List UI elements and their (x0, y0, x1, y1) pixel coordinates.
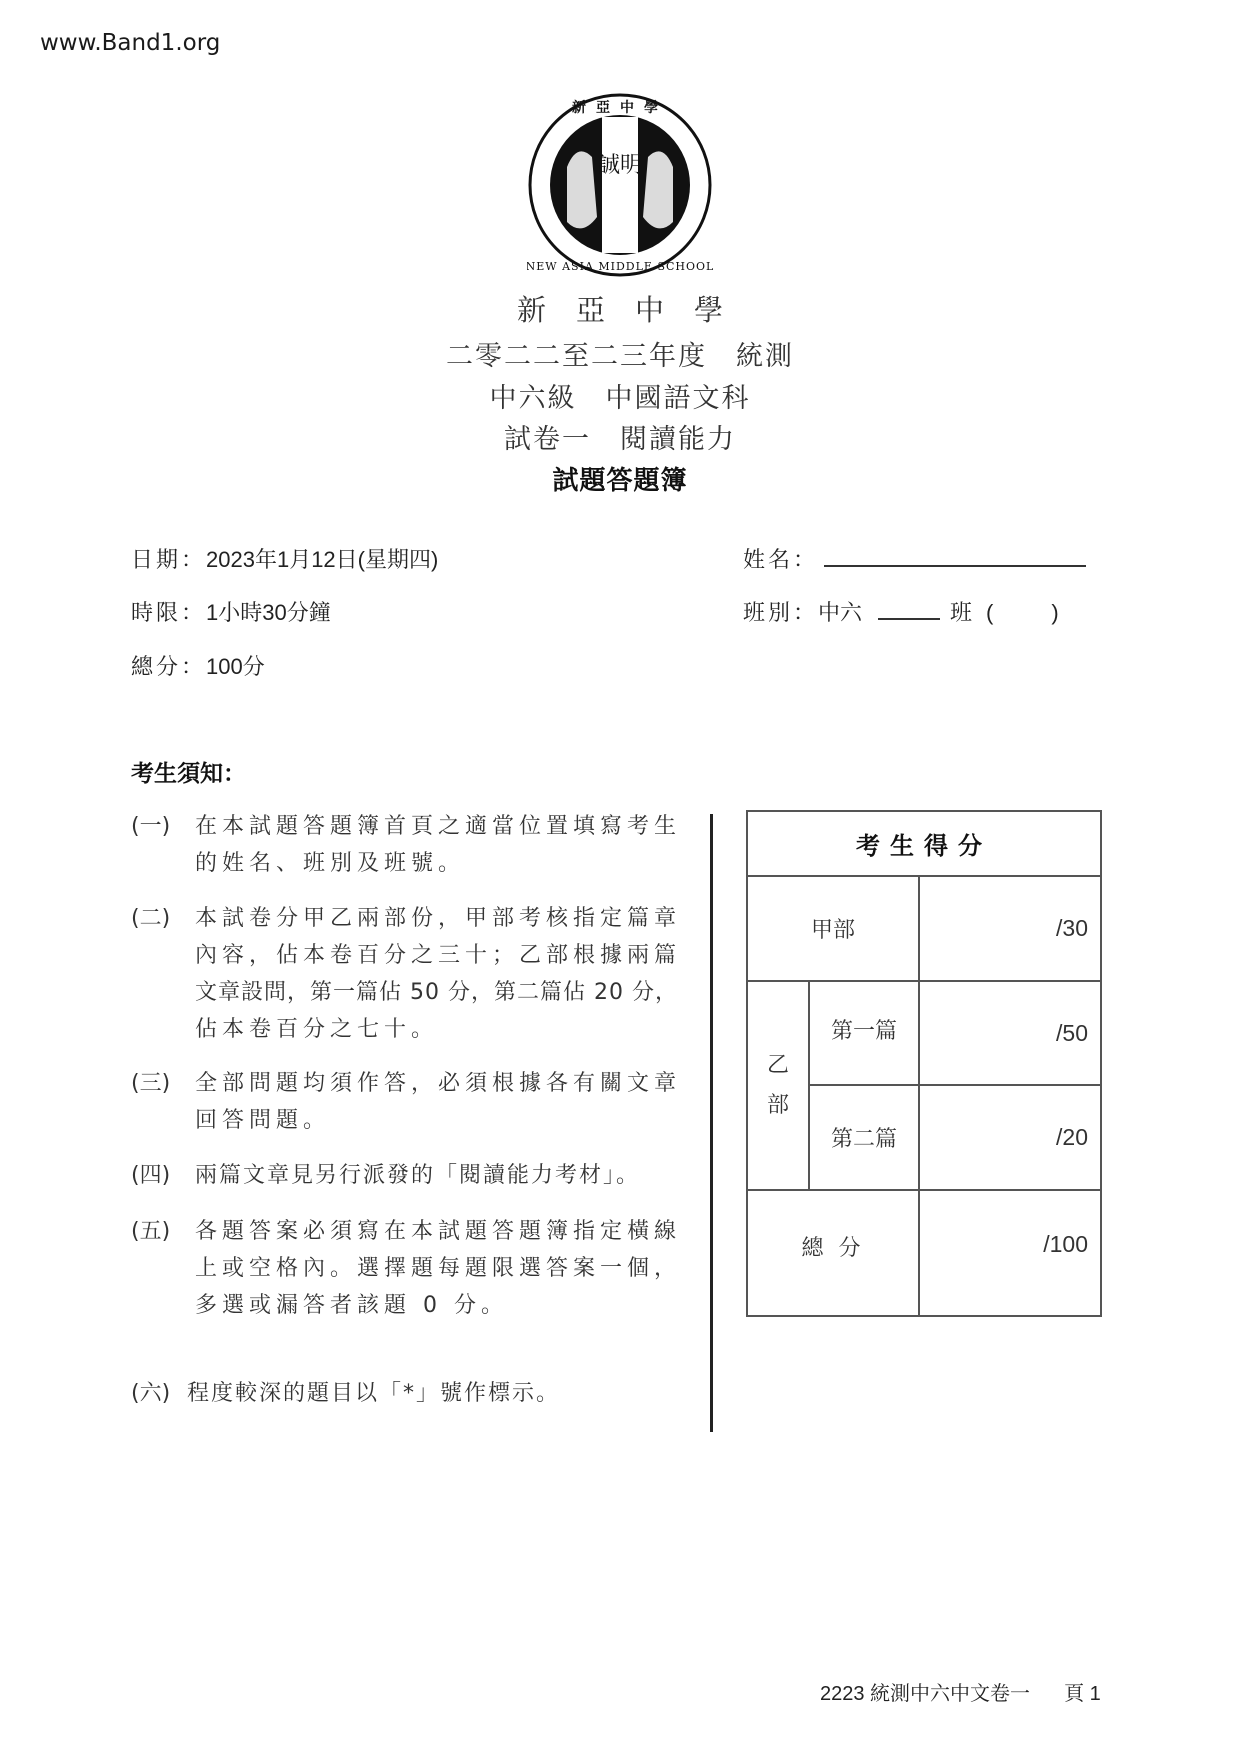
time-limit-field: 時限：1小時30分鐘 (131, 596, 331, 627)
notes-title: 考生須知： (131, 755, 246, 788)
svg-text:新亞中學: 新亞中學 (572, 99, 668, 116)
name-blank[interactable] (824, 545, 1086, 567)
total-label: 總 分 (747, 1190, 919, 1316)
exam-year: 二零二二至二三年度 統測 (0, 334, 1240, 373)
paper-name: 試卷一 閱讀能力 (0, 417, 1240, 456)
vertical-divider (710, 814, 713, 1432)
svg-text:NEW ASIA MIDDLE SCHOOL: NEW ASIA MIDDLE SCHOOL (527, 260, 713, 273)
score-table: 考生得分 甲部 /30 乙 部 第一篇 /50 第二篇 /20 總 分 /100 (746, 810, 1102, 1317)
section-a-score[interactable]: /30 (919, 876, 1101, 981)
footer-code: 2223 統測中六中文卷一 (820, 1683, 1030, 1705)
section-b-part1-score[interactable]: /50 (919, 981, 1101, 1085)
name-field: 姓名： (743, 543, 1086, 574)
page-footer: 2223 統測中六中文卷一頁 1 (820, 1677, 1101, 1706)
level-subject: 中六級 中國語文科 (0, 376, 1240, 415)
section-a-label: 甲部 (747, 876, 919, 981)
class-field: 班別：中六班() (743, 596, 1059, 627)
date-field: 日期：2023年1月12日(星期四) (131, 543, 438, 574)
score-table-header: 考生得分 (747, 811, 1101, 876)
total-marks-field: 總分：100分 (131, 650, 265, 681)
section-b-label: 乙 部 (747, 981, 809, 1190)
page-number: 頁 1 (1064, 1683, 1101, 1705)
school-name: 新亞中學 (0, 288, 1240, 329)
total-score[interactable]: /100 (919, 1190, 1101, 1316)
school-logo-icon: 誠明 新亞中學 NEW ASIA MIDDLE SCHOOL (527, 92, 713, 278)
section-b-part2-score[interactable]: /20 (919, 1085, 1101, 1190)
booklet-title: 試題答題簿 (0, 460, 1240, 497)
section-b-part1-label: 第一篇 (809, 981, 919, 1085)
class-blank[interactable] (878, 602, 940, 620)
section-b-part2-label: 第二篇 (809, 1085, 919, 1190)
svg-text:誠明: 誠明 (598, 153, 642, 178)
watermark-url: www.Band1.org (40, 30, 220, 56)
